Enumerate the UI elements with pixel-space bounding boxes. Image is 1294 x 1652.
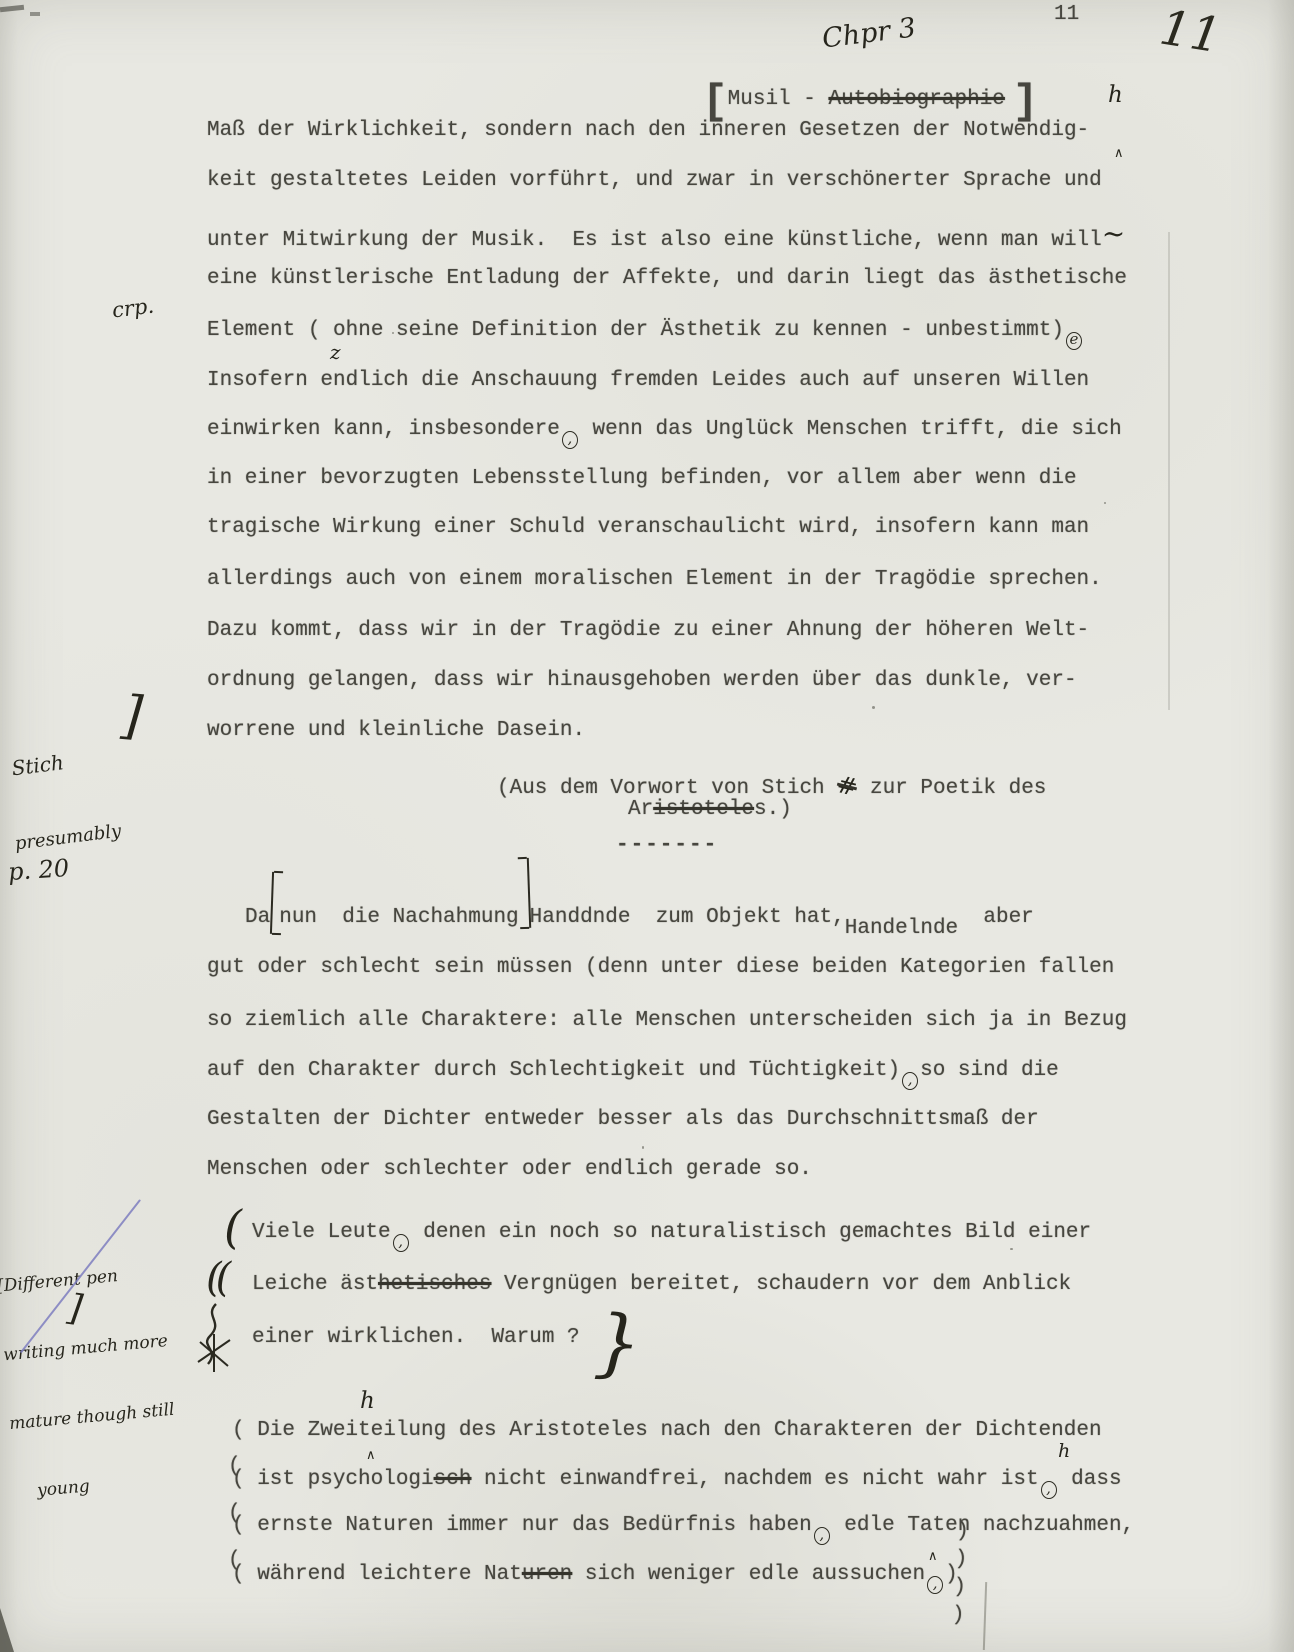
line-text: Handdnde zum Objekt hat, [530, 906, 845, 929]
handwritten-tilde-mark: ~ [1102, 217, 1125, 250]
typed-line-p1-3: unter Mitwirkung der Musik. Es ist also … [207, 218, 1125, 254]
margin-squiggle-icon [190, 1300, 238, 1378]
line-text: Vergnügen bereitet, schaudern vor dem An… [491, 1273, 1071, 1296]
circled-comma-mark: , [393, 1234, 409, 1252]
stich-note-line2: presumably [13, 819, 122, 857]
typed-line-p2-4: auf den Charakter durch Schlechtigkeit u… [207, 1058, 1059, 1084]
line-text: denen ein noch so naturalistisch gemacht… [411, 1221, 1092, 1244]
paper-speck [1104, 502, 1106, 504]
line-text: ( während leichtere Nat [232, 1563, 522, 1586]
line-text: nun die Nachahmung [279, 906, 518, 929]
line-text: so sind die [920, 1059, 1059, 1082]
pen-note-line2: writing much more [2, 1330, 169, 1367]
paper-crease-line [1168, 232, 1170, 710]
typed-line-p1-13: worrene und kleinliche Dasein. [207, 718, 585, 744]
edge-smudge [0, 5, 24, 12]
title-struck-word: Autobiographie [828, 88, 1004, 111]
typed-line-p2-2: gut oder schlecht sein müssen (denn unte… [207, 955, 1114, 981]
typed-line-p1-11: Dazu kommt, dass wir in der Tragödie zu … [207, 618, 1089, 644]
typed-line-p3-3: einer wirklichen. Warum ? [252, 1325, 580, 1351]
line-text: sich weniger edle aussuchen [572, 1563, 925, 1586]
margin-note-different-pen: [Different pen writing much more mature … [0, 1215, 185, 1550]
struck-text: hetisches [378, 1273, 491, 1296]
typed-line-p1-10: allerdings auch von einem moralischen El… [207, 567, 1102, 593]
circled-comma-mark: , [1041, 1481, 1057, 1499]
typed-line-p4-4: ( während leichtere Naturen sich weniger… [232, 1562, 958, 1588]
inserted-word-below-line: Handelnde [845, 917, 958, 940]
line-text: auf den Charakter durch Schlechtigkeit u… [207, 1059, 900, 1082]
insertion-h-mark: h [360, 1388, 375, 1414]
caret-mark: ∧ [1114, 146, 1124, 161]
line-text: aber [958, 906, 1034, 929]
circled-comma-mark: , [814, 1527, 830, 1545]
typed-line-p1-1: Maß der Wirklichkeit, sondern nach den i… [207, 118, 1089, 144]
handwritten-closing-brace: } [592, 1299, 644, 1387]
caret-mark: ∧ [366, 1448, 376, 1463]
typed-line-p2-1: Danun die NachahmungHanddnde zum Objekt … [245, 905, 1034, 931]
title-text: Musil - [728, 88, 829, 111]
line-text: nicht einwandfrei, nachdem es nicht wahr… [471, 1468, 1038, 1491]
margin-note-p20: p. 20 [7, 854, 70, 886]
typed-line-p1-4: eine künstlerische Entladung der Affekte… [207, 266, 1127, 292]
paper-speck [1010, 1248, 1013, 1250]
typed-line-p1-12: ordnung gelangen, dass wir hinausgehoben… [207, 668, 1077, 694]
typed-line-p2-5: Gestalten der Dichter entweder besser al… [207, 1107, 1039, 1133]
struck-text: sch [434, 1468, 472, 1491]
circled-comma-mark: , [902, 1072, 918, 1090]
handwritten-page-number: 11 [1156, 0, 1225, 64]
paper-speck [392, 332, 394, 334]
typed-line-p4-1: ( Die Zweiteilung des Aristoteles nach d… [232, 1418, 1102, 1444]
z-correction-mark: z [330, 340, 341, 364]
paper-speck [642, 1146, 644, 1149]
typed-line-p3-1: Viele Leute, denen ein noch so naturalis… [252, 1220, 1091, 1246]
line-text: Da [245, 906, 270, 929]
line-text: ( ernste Naturen immer nur das Bedürfnis… [232, 1514, 812, 1537]
line-text: dass [1059, 1468, 1122, 1491]
typed-line-p1-6: Insofern endlich die Anschauung fremden … [207, 368, 1089, 394]
typed-line-p2-6: Menschen oder schlechter oder endlich ge… [207, 1157, 812, 1183]
stich-note-line1: Stich [10, 744, 113, 781]
line-text: ( ist psychologi [232, 1468, 434, 1491]
typed-line-p2-3: so ziemlich alle Charaktere: alle Mensch… [207, 1008, 1127, 1034]
citation-line-2: Aristoteles.) [628, 797, 792, 823]
handwritten-double-paren: (( [206, 1255, 225, 1301]
circled-comma-mark: , [927, 1576, 943, 1594]
typed-paren-column: ( ( ( [228, 1443, 241, 1584]
handwritten-open-paren: ( [224, 1200, 242, 1254]
paper-speck [872, 706, 875, 709]
margin-note-crp: crp. [111, 294, 156, 323]
pen-note-line3: mature though still [8, 1399, 175, 1436]
line-text: Element ( ohne seine Definition der Ästh… [207, 319, 1064, 342]
typed-line-p4-2: ( ist psychologisch nicht einwandfrei, n… [232, 1467, 1122, 1493]
typed-line-p1-8: in einer bevorzugten Lebensstellung befi… [207, 466, 1077, 492]
manuscript-page: 11 11 [Musil - Autobiographie] Chpr 3 Ma… [0, 0, 1294, 1652]
edit-bracket-mark [270, 872, 283, 934]
line-text: edle Taten nachzuahmen, [832, 1514, 1134, 1537]
insertion-h-mark: h [1108, 82, 1123, 108]
line-text: unter Mitwirkung der Musik. Es ist also … [207, 229, 1102, 252]
struck-text: istotele [653, 798, 754, 821]
pen-note-line4: young [36, 1467, 181, 1502]
typed-line-p4-3: ( ernste Naturen immer nur das Bedürfnis… [232, 1513, 1134, 1539]
typed-line-p1-2: keit gestaltetes Leiden vorführt, und zw… [207, 168, 1102, 194]
corner-smudge [0, 1608, 14, 1652]
circled-insertion-mark: e [1066, 332, 1082, 350]
line-text: wenn das Unglück Menschen trifft, die si… [580, 418, 1122, 441]
typed-line-p3-2: Leiche ästhetisches Vergnügen bereitet, … [252, 1272, 1071, 1298]
edit-bracket-mark [518, 858, 531, 928]
typed-line-p1-7: einwirken kann, insbesondere, wenn das U… [207, 417, 1122, 443]
chapter-note-handwriting: Chpr 3 [820, 12, 917, 54]
line-text: zur Poetik des [857, 777, 1046, 800]
circled-comma-mark: , [562, 431, 578, 449]
typed-line-p1-9: tragische Wirkung einer Schuld veranscha… [207, 515, 1089, 541]
insertion-h-mark: h [1058, 1440, 1070, 1462]
pencil-line [983, 1582, 987, 1650]
edge-smudge [30, 12, 40, 16]
line-text: einwirken kann, insbesondere [207, 418, 560, 441]
line-text: Ar [628, 798, 653, 821]
separator-dashes: ------- [616, 833, 718, 859]
stich-note-bracket: ] [119, 685, 144, 747]
typed-page-number: 11 [1054, 2, 1079, 28]
line-text: Leiche äst [252, 1273, 378, 1296]
struck-text: uren [522, 1563, 572, 1586]
line-text: s.) [754, 798, 792, 821]
line-text: Viele Leute [252, 1221, 391, 1244]
